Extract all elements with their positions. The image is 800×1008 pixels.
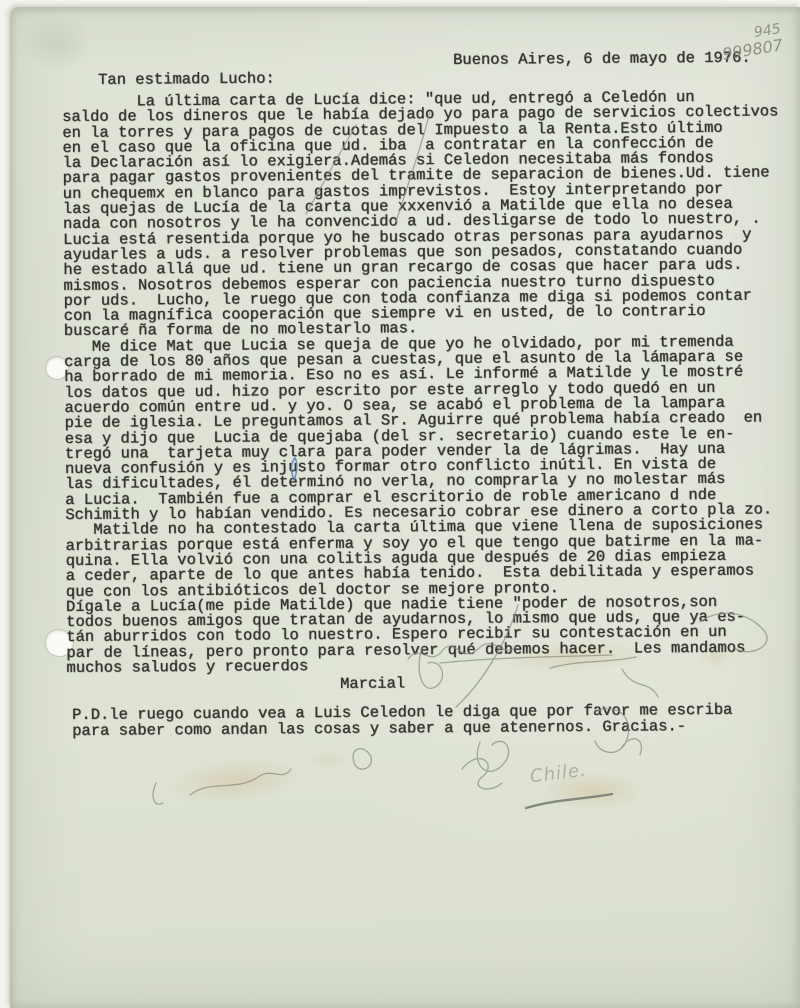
scanned-letter: Buenos Aires, 6 de mayo de 1976. Tan est… <box>0 0 800 1008</box>
letter-signature: Marcial <box>340 676 405 692</box>
stain-mark <box>168 752 302 809</box>
pencil-scrawl-icon <box>622 739 641 755</box>
letter-body: La última carta de Lucía dice: "que ud, … <box>62 89 783 676</box>
stain-mark <box>306 749 352 769</box>
letter-postscript: P.D.le ruego cuando vea a Luis Celedon l… <box>72 703 733 740</box>
letter-paper: Buenos Aires, 6 de mayo de 1976. Tan est… <box>10 7 800 1008</box>
pencil-scrawl-icon <box>153 783 163 804</box>
letter-date: Buenos Aires, 6 de mayo de 1976. <box>453 51 751 69</box>
pencil-scrawl-icon <box>353 749 371 769</box>
underline-stroke-icon <box>526 794 612 808</box>
letter-salutation: Tan estimado Lucho: <box>98 72 275 89</box>
corner-smudge <box>22 15 92 71</box>
pencil-scrawl-icon <box>622 669 658 697</box>
pencil-scrawl-icon <box>477 741 508 771</box>
archival-ref-number-bottom: 999807 <box>721 35 784 63</box>
pencil-scrawl-icon <box>190 769 291 795</box>
pencil-scrawl-icon <box>462 759 502 789</box>
handwritten-note-chile: Chile. <box>529 760 588 788</box>
